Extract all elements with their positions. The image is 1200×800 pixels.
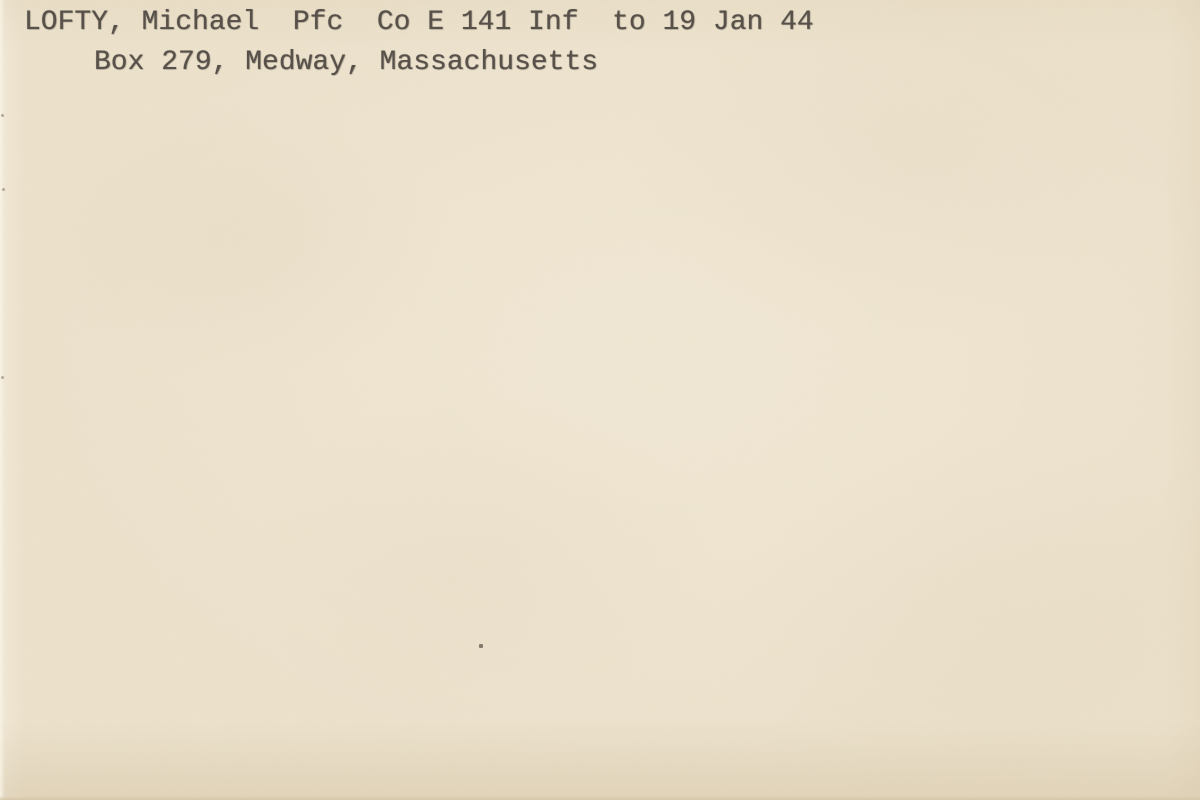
card-left-edge bbox=[0, 0, 5, 800]
card-bottom-edge-shadow bbox=[0, 796, 1200, 800]
paper-speck bbox=[479, 644, 483, 648]
typed-line-address: Box 279, Medway, Massachusetts bbox=[94, 49, 598, 77]
edge-speck bbox=[2, 188, 5, 191]
edge-speck bbox=[1, 376, 4, 379]
typed-line-name-rank-unit-date: LOFTY, Michael Pfc Co E 141 Inf to 19 Ja… bbox=[24, 9, 814, 37]
edge-speck bbox=[1, 114, 4, 117]
scanned-index-card: LOFTY, Michael Pfc Co E 141 Inf to 19 Ja… bbox=[0, 0, 1200, 800]
paper-mottle-texture bbox=[0, 0, 1200, 800]
paper-grain-texture bbox=[0, 0, 1200, 800]
